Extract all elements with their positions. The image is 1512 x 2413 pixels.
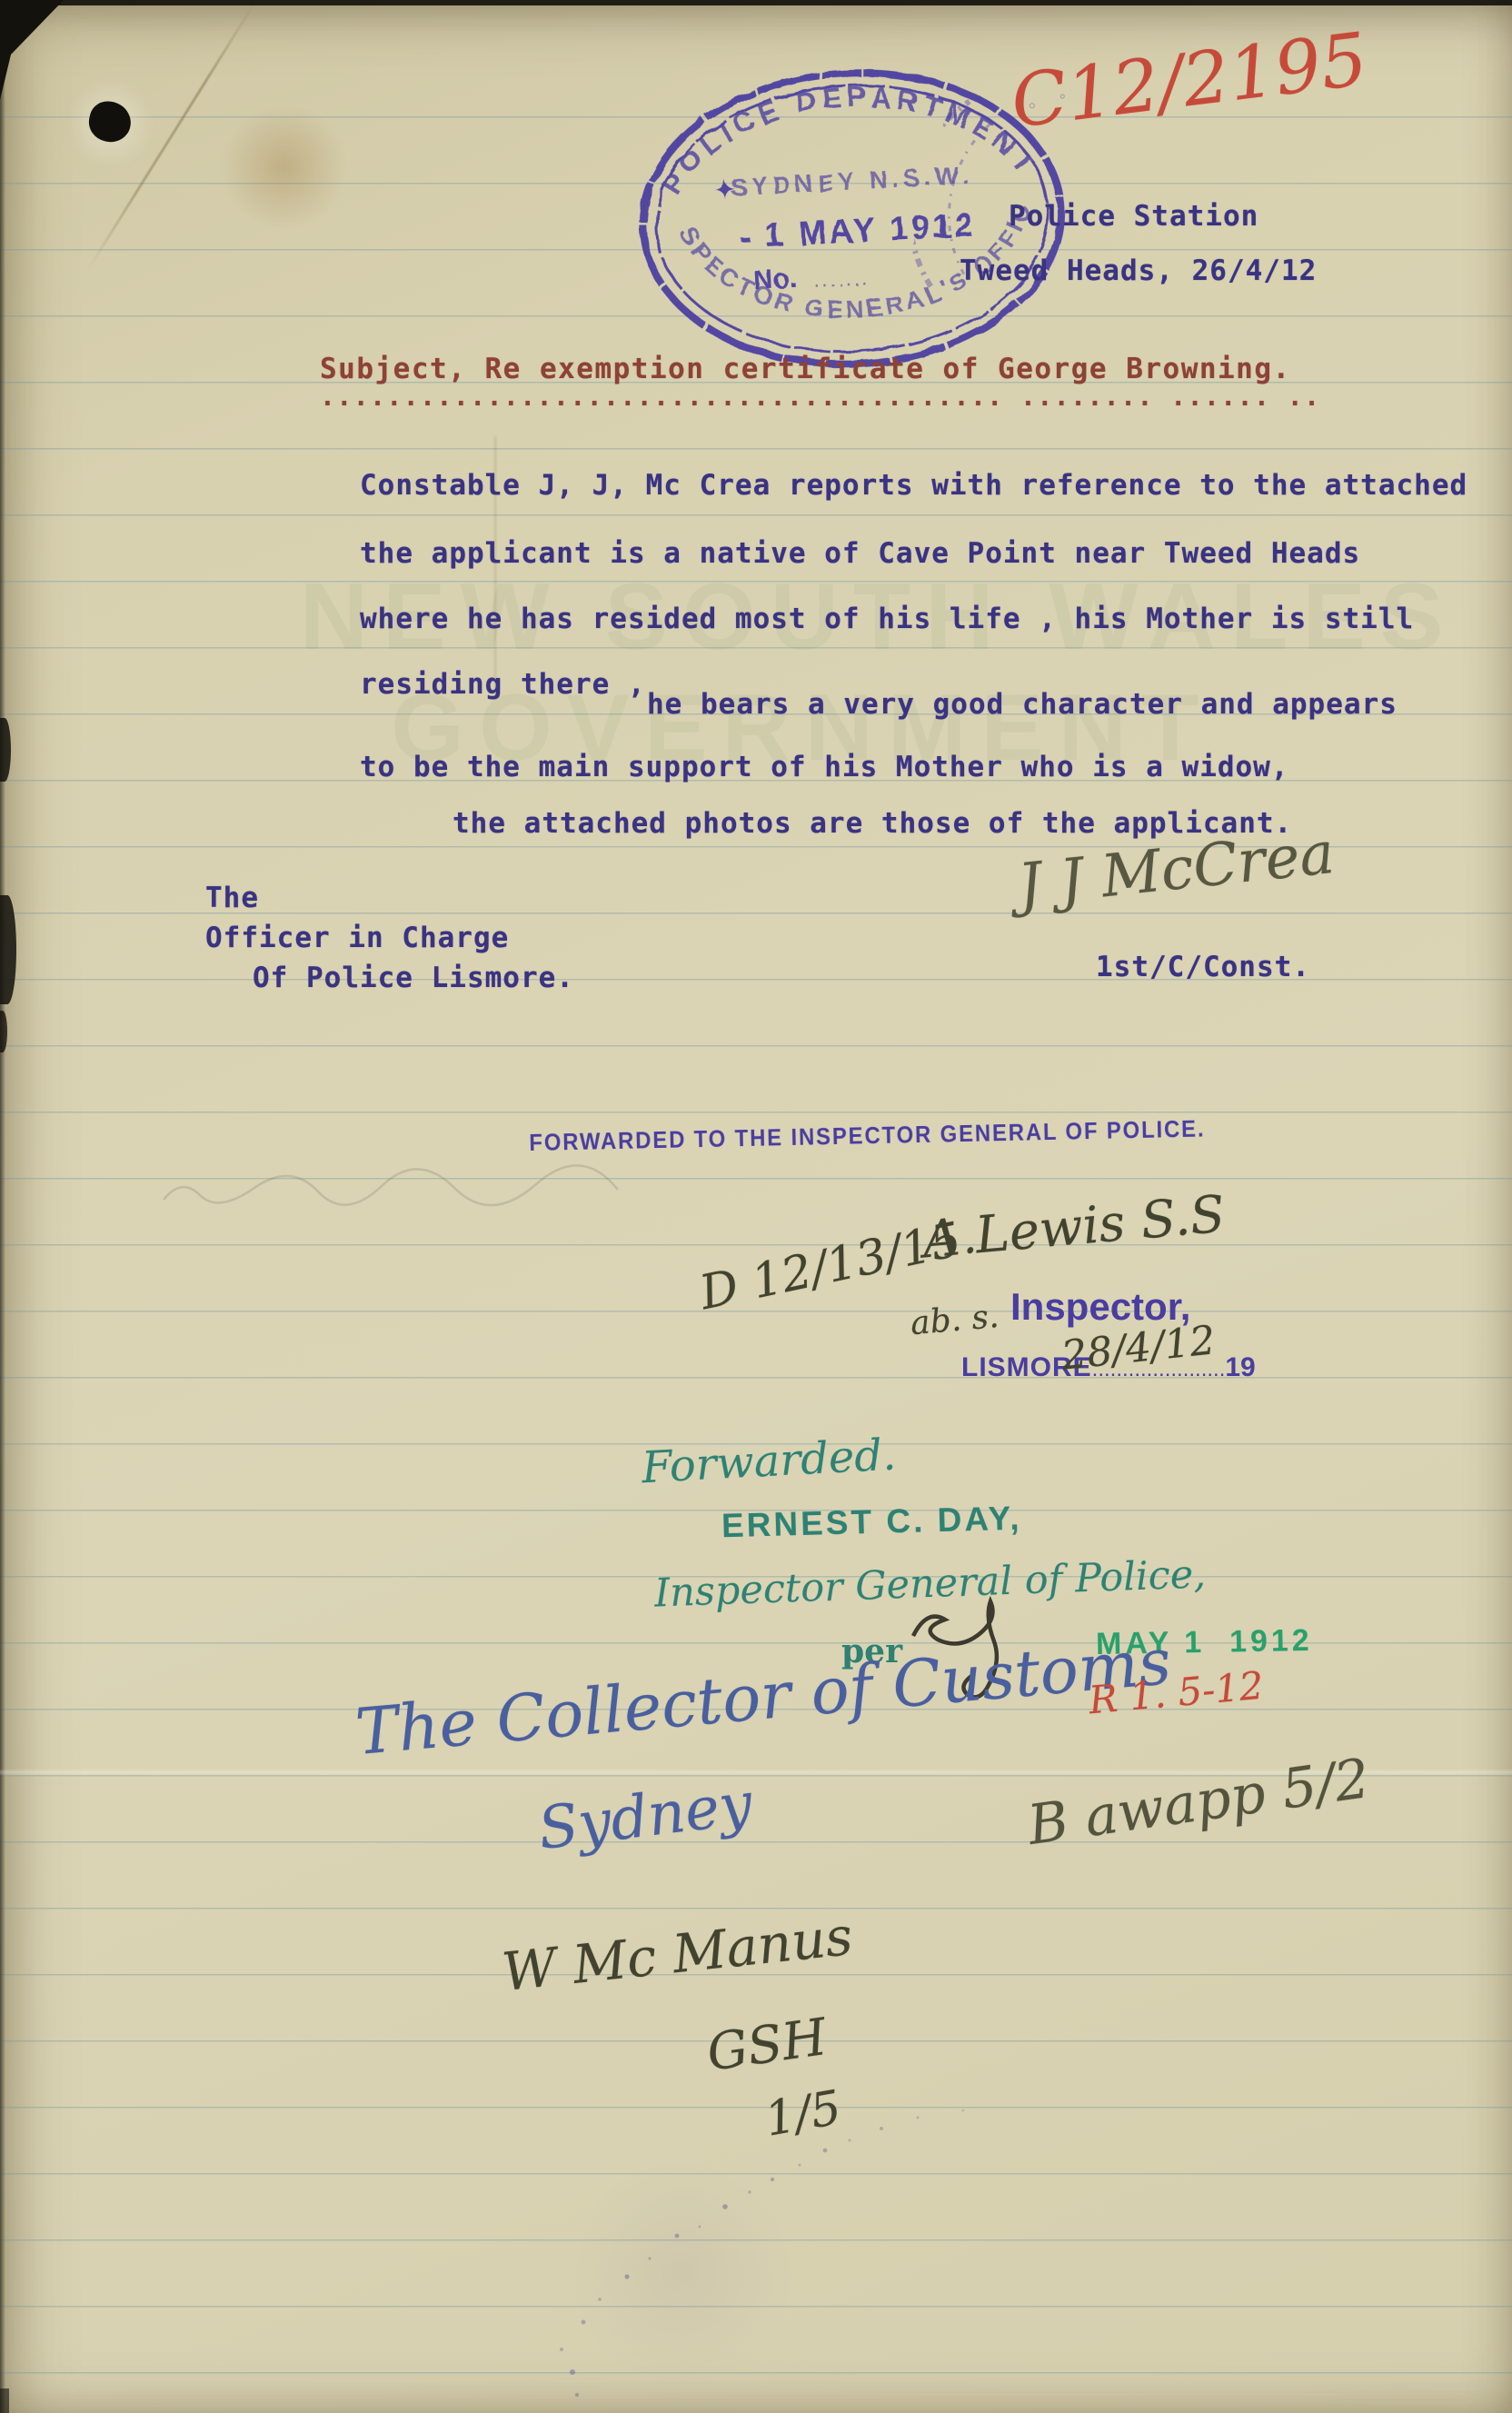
mccrea-rank: 1st/C/Const. — [1096, 951, 1310, 983]
address-line-2: Officer in Charge — [205, 922, 509, 954]
edge-tear-2 — [0, 895, 16, 1004]
edge-tear-1 — [0, 718, 11, 782]
address-line-3: Of Police Lismore. — [253, 962, 574, 994]
lewis-signature: A Lewis S.S — [920, 1185, 1228, 1271]
body-line-2: the applicant is a native of Cave Point … — [360, 537, 1360, 570]
subject-underline-dots: ........................................… — [320, 382, 1320, 412]
torn-corner — [0, 0, 65, 109]
station-place-date: Tweed Heads, 26/4/12 — [960, 254, 1317, 287]
subject-line: Subject, Re exemption certificate of Geo… — [320, 353, 1291, 385]
stamp-no-label: No. — [752, 264, 798, 295]
edge-chip-bottom — [0, 2388, 9, 2413]
collector-of-customs: The Collector of Customs — [353, 1624, 1174, 1770]
gsh-monogram: GSH — [703, 2008, 831, 2083]
customs-received-signature: B awapp 5/2 — [1024, 1747, 1374, 1858]
stain-top-left — [218, 107, 350, 227]
ernest-day-stamp: ERNEST C. DAY, — [721, 1500, 1023, 1546]
body-line-4: residing there , — [360, 668, 646, 701]
sydney-note: Sydney — [534, 1770, 755, 1863]
forwarded-stamp: FORWARDED TO THE INSPECTOR GENERAL OF PO… — [529, 1114, 1206, 1157]
body-line-3: where he has resided most of his life , … — [360, 603, 1414, 635]
body-line-1: Constable J, J, Mc Crea reports with ref… — [360, 469, 1467, 502]
scanned-document-page: NEW SOUTH WALES GOVERNMENT C12/2195 POLI… — [0, 0, 1512, 2413]
forwarded-script: Forwarded. — [641, 1430, 898, 1494]
station-name: Police Station — [1009, 200, 1258, 233]
edge-tear-3 — [0, 1011, 7, 1052]
scan-edge-left — [0, 0, 5, 2413]
body-line-6: to be the main support of his Mother who… — [360, 751, 1289, 783]
lismore-stamp-year: 19 — [1225, 1352, 1255, 1382]
ink-speckles — [491, 2090, 1000, 2404]
abs-note: ab. s. — [909, 1298, 1000, 1342]
mcmanus-signature: W Mc Manus — [500, 1905, 856, 2003]
stamp-no-dots: ....... — [814, 266, 870, 294]
address-line-1: The — [205, 882, 259, 914]
body-line-5: he bears a very good character and appea… — [647, 688, 1398, 721]
scan-edge-top — [0, 0, 1512, 5]
pencil-annotation — [154, 1163, 627, 1218]
body-line-7: the attached photos are those of the app… — [453, 807, 1292, 840]
